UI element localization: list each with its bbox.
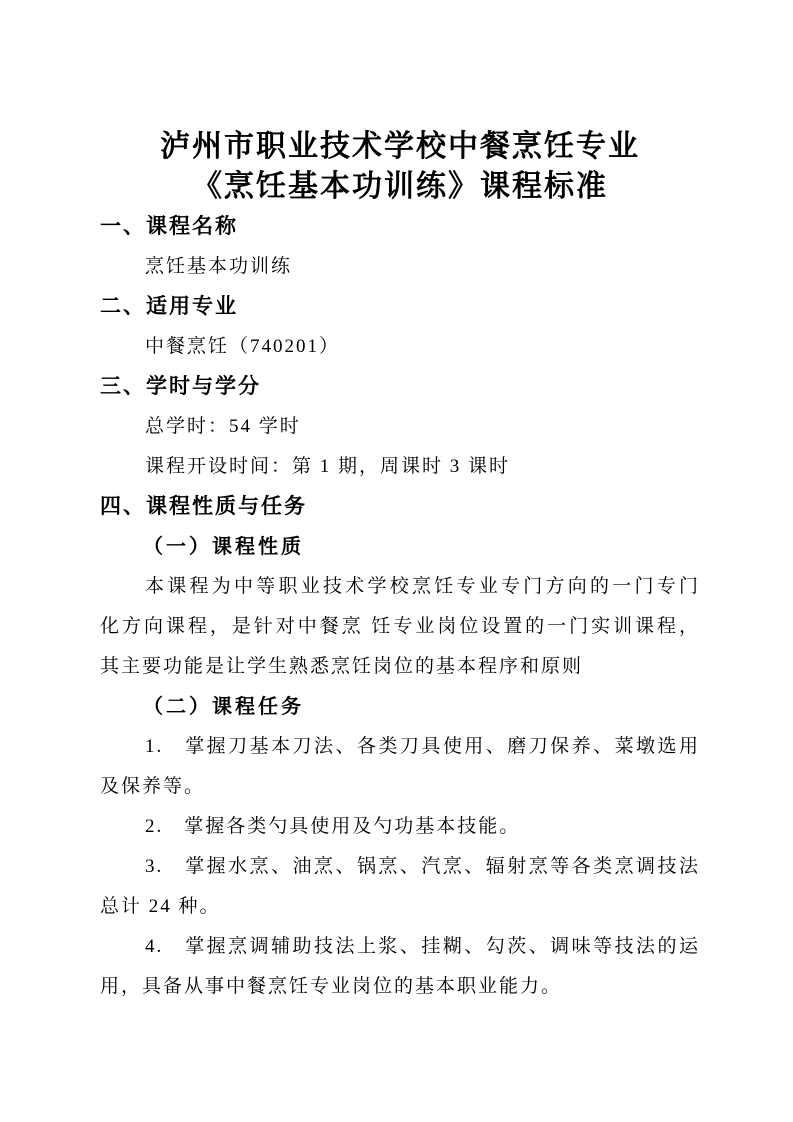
course-nature-paragraph-line: 其主要功能是让学生熟悉烹饪岗位的基本程序和原则 xyxy=(100,647,700,687)
course-schedule-text: 课程开设时间：第 1 期，周课时 3 课时 xyxy=(100,447,700,487)
task-item-3-line: 3. 掌握水烹、油烹、锅烹、汽烹、辐射烹等各类烹调技法 xyxy=(100,847,700,887)
course-nature-paragraph-line: 本课程为中等职业技术学校烹饪专业专门方向的一门专门 xyxy=(100,567,700,607)
applicable-major-text: 中餐烹饪（740201） xyxy=(100,327,700,367)
task-item-1-line: 及保养等。 xyxy=(100,767,700,807)
course-name-text: 烹饪基本功训练 xyxy=(100,247,700,287)
document-title-line2: 《烹饪基本功训练》课程标准 xyxy=(100,167,700,207)
task-item-1-line: 1. 掌握刀基本刀法、各类刀具使用、磨刀保养、菜墩选用 xyxy=(100,727,700,767)
document-page: 泸州市职业技术学校中餐烹饪专业 《烹饪基本功训练》课程标准 一、课程名称 烹饪基… xyxy=(0,0,793,1122)
subheading-course-nature: （一）课程性质 xyxy=(100,527,700,567)
task-item-3-line: 总计 24 种。 xyxy=(100,887,700,927)
task-item-2-line: 2. 掌握各类勺具使用及勺功基本技能。 xyxy=(100,807,700,847)
task-item-4-line: 4. 掌握烹调辅助技法上浆、挂糊、勾茨、调味等技法的运 xyxy=(100,927,700,967)
total-hours-text: 总学时：54 学时 xyxy=(100,407,700,447)
section-heading-course-name: 一、课程名称 xyxy=(100,207,700,247)
subheading-course-tasks: （二）课程任务 xyxy=(100,687,700,727)
section-heading-nature-tasks: 四、课程性质与任务 xyxy=(100,487,700,527)
document-title-line1: 泸州市职业技术学校中餐烹饪专业 xyxy=(100,127,700,167)
section-heading-hours-credits: 三、学时与学分 xyxy=(100,367,700,407)
course-nature-paragraph-line: 化方向课程，是针对中餐烹 饪专业岗位设置的一门实训课程， xyxy=(100,607,700,647)
task-item-4-line: 用，具备从事中餐烹饪专业岗位的基本职业能力。 xyxy=(100,967,700,1007)
section-heading-applicable-major: 二、适用专业 xyxy=(100,287,700,327)
